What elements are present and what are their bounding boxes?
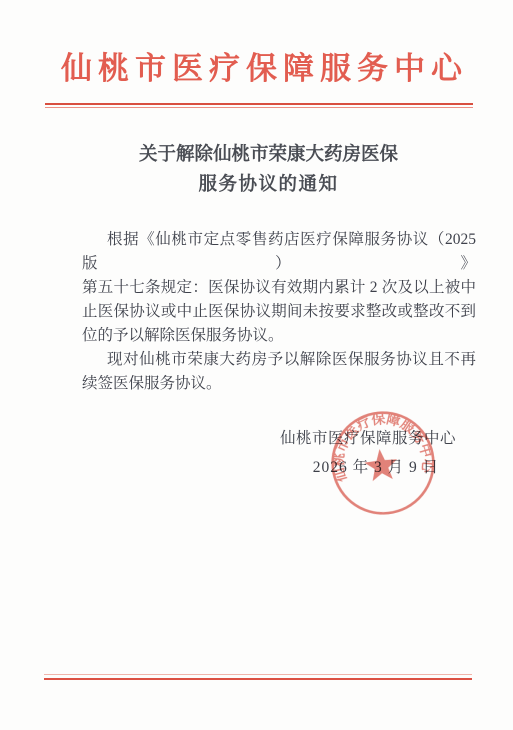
document-body: 根据《仙桃市定点零售药店医疗保障服务协议（2025 版）》 第五十七条规定：医保… [82,228,476,396]
letterhead-divider [45,103,473,108]
signature-agency-name: 仙桃市医疗保障服务中心 [262,430,474,448]
body-paragraph1-line2: 第五十七条规定：医保协议有效期内累计 2 次及以上被中 [82,276,476,300]
body-paragraph1-line1: 根据《仙桃市定点零售药店医疗保障服务协议（2025 版）》 [82,228,476,276]
document-title-line2: 服务协议的通知 [12,169,513,199]
body-paragraph2-line1: 现对仙桃市荣康大药房予以解除医保服务协议且不再 [82,348,476,372]
footer-divider-thin-line [44,674,472,675]
footer-divider [44,674,472,680]
document-title-line1: 关于解除仙桃市荣康大药房医保 [12,139,513,169]
document-title: 关于解除仙桃市荣康大药房医保 服务协议的通知 [12,139,513,199]
body-paragraph1-line3: 止医保协议或中止医保协议期间未按要求整改或整改不到 [82,300,476,324]
letterhead-agency-title: 仙桃市医疗保障服务中心 [5,51,513,87]
body-paragraph1-line4: 位的予以解除医保服务协议。 [82,324,476,348]
document-page: 仙桃市医疗保障服务中心 关于解除仙桃市荣康大药房医保 服务协议的通知 根据《仙桃… [0,0,513,730]
body-paragraph2-line2: 续签医保服务协议。 [82,372,476,396]
footer-divider-thick-line [44,678,472,680]
letterhead-divider-thin-line [45,107,473,108]
signature-block: 仙桃市医疗保障服务中心 2026 年 3 月 9 日 [262,430,474,477]
signature-date: 2026 年 3 月 9 日 [278,459,474,477]
letterhead-divider-thick-line [45,103,473,105]
